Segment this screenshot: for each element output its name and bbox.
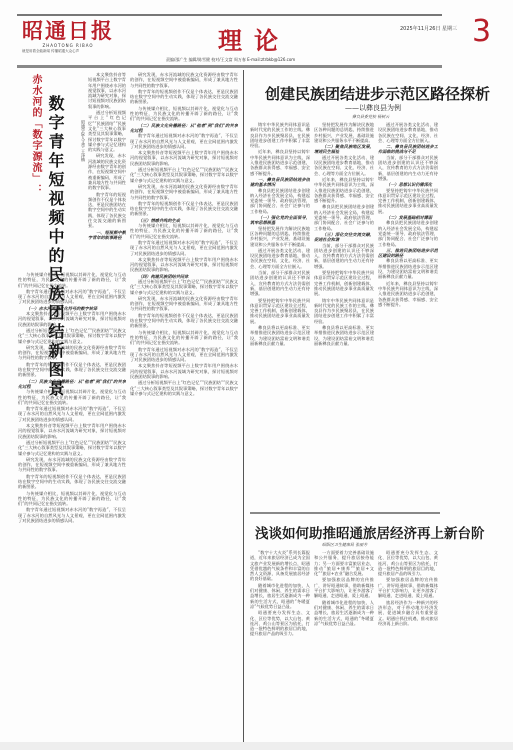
paragraph: 近年来，彝良县坚持以铸牢中华民族共同体意识为主线，深入推进民族团结进步示范创建，…	[378, 281, 438, 307]
paragraph: 昭通要充分发挥生态、文化、区位等优势，以大山包、黄连河、鸡公山等景区为依托，打造…	[378, 550, 438, 576]
paragraph: 数字青年通过短视频对赤水河的“数字再造”，不仅呈现了赤水河的自然风光与人文景观，…	[130, 133, 238, 149]
section-heading: （二）民族文化传播路径：从"他者"到"我们"的共享化过程	[18, 379, 126, 390]
paragraph: 随着城市化进程的加快，人们对健康、休闲、养生的需求日益增长，旅居生活逐渐成为一种…	[250, 583, 310, 609]
paragraph: 坚持把发展作为解决民族地区各种问题的总钥匙，持续推进乡村振兴，产业发展、基础设施…	[250, 226, 310, 247]
left-article-col3: 研究发现，赤水河流域的民族文化资源经由数字青年的创作，在短视频空间中被重新编码，…	[130, 72, 238, 740]
paragraph: 本文聚焦抖音等短视频平台上数字青年用户围绕赤水河的视觉叙事，以赤水河流域为研究对…	[130, 363, 238, 379]
paragraph: 数字青年通过短视频对赤水河的“数字再造”，不仅呈现了赤水河的自然风光与人文景观，…	[18, 406, 126, 422]
paragraph: 本文聚焦抖音等短视频平台上数字青年用户围绕赤水河的视觉叙事，以赤水河流域为研究对…	[88, 72, 126, 109]
right-top-col1: 铸牢中华民族共同体意识是新时代党的民族工作的主线。彝良县作为多民族聚居县，在民族…	[250, 122, 310, 502]
left-article-subtitle: 赤水河的「数字源流」：	[28, 74, 43, 195]
paragraph: 数字青年的短视频创作不仅是个体表达，更是民族团结在数字空间中的生动实践，体现了各…	[130, 313, 238, 329]
section-heading: （二）民族文化传播路径：从"他者"到"我们"的共享化过程	[130, 123, 238, 134]
paragraph: 近年来，彝良县坚持以铸牢中华民族共同体意识为主线，深入推进民族团结进步示范创建，…	[314, 177, 374, 203]
paragraph: 数字青年的短视频创作不仅是个体表达，更是民族团结在数字空间中的生动实践，体现了各…	[18, 474, 126, 490]
right-top-article-byline: 彝良县委党校 杨树云	[352, 114, 389, 120]
paragraph: 本文聚焦抖音等短视频平台上数字青年用户围绕赤水河的视觉叙事，以赤水河流域为研究对…	[18, 311, 126, 327]
section-heading: （二）聚焦民族地区发展，增进民生福祉	[314, 144, 374, 155]
paragraph: 研究发现，赤水河流域的民族文化资源经由数字青年的创作，在短视频空间中被重新编码，…	[18, 457, 126, 473]
paragraph: 研究发现，赤水河流域的民族文化资源经由数字青年的创作，在短视频空间中被重新编码，…	[130, 72, 238, 88]
paragraph: 数字青年的短视频创作不仅是个体表达，更是民族团结在数字空间中的生动实践，体现了各…	[130, 89, 238, 105]
section-heading: （一）强化党的全面领导，筑牢思想根基	[250, 215, 310, 226]
paragraph: 数字青年通过短视频对赤水河的“数字再造”，不仅呈现了赤水河的自然风光与人文景观，…	[18, 289, 126, 305]
paragraph: 数字青年的短视频创作不仅是个体表达，更是民族团结在数字空间中的生动实践，体现了各…	[18, 362, 126, 378]
paragraph: 坚持把发展作为解决民族地区各种问题的总钥匙，持续推进乡村振兴，产业发展、基础设施…	[314, 122, 374, 143]
paragraph: 昭通要充分发挥生态、文化、区位等优势，以大山包、黄连河、鸡公山等景区为依托，打造…	[250, 610, 310, 636]
paragraph: 研究发现，赤水河流域的民族文化资源经由数字青年的创作，在短视频空间中被重新编码，…	[130, 184, 238, 200]
paragraph: 与传统媒介相比，短视频以其碎片化、视觉化与互动性的特征，为民族文化的传播开辟了新…	[130, 330, 238, 346]
paragraph: 通过开展各类文化活动、建设民族团结进步教育基地，推动各民族在空间、文化、经济、社…	[314, 155, 374, 176]
paragraph: 本文聚焦抖音等短视频平台上数字青年用户围绕赤水河的视觉叙事，以赤水河流域为研究对…	[130, 257, 238, 273]
paragraph: 数字青年通过短视频对赤水河的“数字再造”，不仅呈现了赤水河的自然风光与人文景观，…	[130, 347, 238, 363]
paragraph: 通过分析短视频平台上“红色记忆”“民族团结”“民族文化”三大核心叙事类型及其叙事…	[130, 380, 238, 396]
masthead-slogan: 就是用着全能新闻 传播昭通大众心声	[22, 49, 114, 54]
paragraph: 数字青年通过短视频对赤水河的“数字再造”，不仅呈现了赤水河的自然风光与人文景观，…	[130, 240, 238, 256]
right-bottom-col3: 昭通要充分发挥生态、文化、区位等优势，以大山包、黄连河、鸡公山等景区为依托，打造…	[378, 550, 438, 710]
masthead-logo: 昭通日报	[22, 20, 114, 42]
section-heading: 三、推进民族团结进步示范区建设的路径	[378, 248, 438, 259]
left-article-byline: 昭通学院人文学 王泽楠	[80, 120, 86, 161]
paragraph: 彝良县把民族团结进步创建纳入经济社会发展全局，构建起党委统一领导、政府依法管理、…	[314, 204, 374, 230]
paragraph: 数字青年的短视频创作不仅是个体表达，更是民族团结在数字空间中的生动实践，体现了各…	[88, 192, 126, 229]
page-number: 3	[472, 14, 491, 49]
masthead: 昭通日报 ZHAOTONG RIBAO 就是用着全能新闻 传播昭通大众心声	[22, 20, 114, 54]
paragraph: 铸牢中华民族共同体意识是新时代党的民族工作的主线。彝良县作为多民族聚居县，在民族…	[314, 298, 374, 324]
paragraph: 要加强旅居品牌的宣传推广，讲好昭通故事，借助新媒体平台扩大影响力，让更多游客了解…	[314, 577, 374, 598]
issue-date: 2025年11月26日 星期三	[400, 25, 457, 32]
paragraph: 铸牢中华民族共同体意识是新时代党的民族工作的主线。彝良县作为多民族聚居县，在民族…	[250, 122, 310, 148]
paragraph: 研究发现，赤水河流域的民族文化资源经由数字青年的创作，在短视频空间中被重新编码，…	[130, 296, 238, 312]
paragraph: 彝良县将以更高标准、更实举措推进民族团结进步示范区建设，为建设团结富裕文明和谐美…	[314, 325, 374, 346]
right-bottom-article-byline: 昭阳区卫生健康局 张丽芳	[322, 542, 367, 548]
section-heading: 一、彝良县民族团结进步创建的基本情况	[250, 177, 310, 188]
section-heading: （三）深化交往交流交融，促进社会和谐	[314, 232, 374, 243]
right-top-article-subtitle: ——以彝良县为例	[345, 103, 401, 113]
section-heading: （一）思想认识仍需深化	[378, 182, 438, 187]
column-divider	[243, 70, 244, 742]
right-bottom-col2: 一方面要着力完善基础设施和公共服务，提升旅居接待能力；另一方面要丰富旅居业态，推…	[314, 550, 374, 740]
article-separator	[250, 512, 440, 514]
paragraph: 通过分析短视频平台上“红色记忆”“民族团结”“民族文化”三大核心叙事类型及其叙事…	[88, 110, 126, 152]
paragraph: 当前，部分干部群众对民族团结进步创建的认识还不够深入，宣传教育的方式方法仍需创新…	[314, 243, 374, 269]
section-heading: 一、短视频中数字青年的叙事路径	[88, 230, 126, 241]
paragraph: 数字青年通过短视频对赤水河的“数字再造”，不仅呈现了赤水河的自然风光与人文景观，…	[18, 507, 126, 523]
right-top-col2: 坚持把发展作为解决民族地区各种问题的总钥匙，持续推进乡村振兴，产业发展、基础设施…	[314, 122, 374, 502]
top-rule	[17, 14, 442, 16]
right-bottom-article-title: 浅谈如何助推昭通旅居经济再上新台阶	[255, 522, 485, 542]
paragraph: 与传统媒介相比，短视频以其碎片化、视觉化与互动性的特征，为民族文化的传播开辟了新…	[130, 223, 238, 239]
paragraph: 要坚持把铸牢中华民族共同体意识贯穿示范区建设全过程，完善工作机制，创新创建载体，…	[314, 270, 374, 296]
paragraph: 彝良县将以更高标准、更实举措推进民族团结进步示范区建设，为建设团结富裕文明和谐美…	[378, 258, 438, 279]
paragraph: 通过分析短视频平台上“红色记忆”“民族团结”“民族文化”三大核心叙事类型及其叙事…	[18, 440, 126, 456]
right-bottom-col1: “数字十大火炎”系列长篇报道，近年来旅居经济已成为全国文旅产业发展新的增长点，昭…	[250, 550, 310, 740]
section-title: 理论	[218, 21, 290, 56]
paragraph: 本文聚焦抖音等短视频平台上数字青年用户围绕赤水河的视觉叙事，以赤水河流域为研究对…	[130, 150, 238, 166]
section-heading: 二、彝良县民族团结进步工作面临的挑战与不足	[378, 144, 438, 155]
paragraph: 与传统媒介相比，短视频以其碎片化、视觉化与互动性的特征，为民族文化的传播开辟了新…	[18, 491, 126, 507]
paragraph: “数字十大火炎”系列长篇报道，近年来旅居经济已成为全国文旅产业发展新的增长点，昭…	[250, 550, 310, 582]
paragraph: 当前，部分干部群众对民族团结进步创建的认识还不够深入，宣传教育的方式方法仍需创新…	[378, 155, 438, 181]
paragraph: 研究发现，赤水河流域的民族文化资源经由数字青年的创作，在短视频空间中被重新编码，…	[18, 345, 126, 361]
left-article-col1: 本文聚焦抖音等短视频平台上数字青年用户围绕赤水河的视觉叙事，以赤水河流域为研究对…	[88, 72, 126, 272]
right-top-col3: 通过开展各类文化活动、建设民族团结进步教育基地，推动各民族在空间、文化、经济、社…	[378, 122, 438, 502]
paragraph: 随着城市化进程的加快，人们对健康、休闲、养生的需求日益增长，旅居生活逐渐成为一种…	[314, 600, 374, 626]
paragraph: 近年来，彝良县坚持以铸牢中华民族共同体意识为主线，深入推进民族团结进步示范创建，…	[250, 149, 310, 175]
left-article-col2: 与传统媒介相比，短视频以其碎片化、视觉化与互动性的特征，为民族文化的传播开辟了新…	[18, 272, 126, 740]
paragraph: 通过分析短视频平台上“红色记忆”“民族团结”“民族文化”三大核心叙事类型及其叙事…	[18, 328, 126, 344]
paragraph: 彝良县把民族团结进步创建纳入经济社会发展全局，构建起党委统一领导、政府依法管理、…	[378, 220, 438, 246]
paragraph: 彝良县把民族团结进步创建纳入经济社会发展全局，构建起党委统一领导、政府依法管理、…	[250, 188, 310, 214]
paragraph: 当前，部分干部群众对民族团结进步创建的认识还不够深入，宣传教育的方式方法仍需创新…	[250, 270, 310, 296]
paragraph: 通过开展各类文化活动、建设民族团结进步教育基地，推动各民族在空间、文化、经济、社…	[378, 122, 438, 143]
page-bottom-margin	[0, 742, 513, 750]
header-rule	[17, 65, 442, 68]
paragraph: 要坚持把铸牢中华民族共同体意识贯穿示范区建设全过程，完善工作机制，创新创建载体，…	[378, 188, 438, 214]
paragraph: 一方面要着力完善基础设施和公共服务，提升旅居接待能力；另一方面要丰富旅居业态，推…	[314, 550, 374, 576]
paragraph: 与传统媒介相比，短视频以其碎片化、视觉化与互动性的特征，为民族文化的传播开辟了新…	[18, 389, 126, 405]
paragraph: 与传统媒介相比，短视频以其碎片化、视觉化与互动性的特征，为民族文化的传播开辟了新…	[18, 272, 126, 288]
paragraph: 旅居经济作为一种新兴的经济形态，对于带动地方经济发展、促进城乡融合具有重要意义。…	[378, 600, 438, 626]
paragraph: 本文聚焦抖音等短视频平台上数字青年用户围绕赤水河的视觉叙事，以赤水河流域为研究对…	[18, 423, 126, 439]
paragraph: 通过开展各类文化活动、建设民族团结进步教育基地，推动各民族在空间、文化、经济、社…	[250, 248, 310, 269]
editor-credits: 责编/邵广生 编辑/陈雪健 校对/王文富 周万春 E-mail:ztrbkb@1…	[166, 57, 295, 63]
paragraph: 要坚持把铸牢中华民族共同体意识贯穿示范区建设全过程，完善工作机制，创新创建载体，…	[250, 298, 310, 324]
paragraph: 彝良县将以更高标准、更实举措推进民族团结进步示范区建设，为建设团结富裕文明和谐美…	[250, 325, 310, 346]
paragraph: 与传统媒介相比，短视频以其碎片化、视觉化与互动性的特征，为民族文化的传播开辟了新…	[130, 106, 238, 122]
masthead-pinyin: ZHAOTONG RIBAO	[22, 43, 114, 48]
paragraph: 通过分析短视频平台上“红色记忆”“民族团结”“民族文化”三大核心叙事类型及其叙事…	[130, 167, 238, 183]
right-top-article-title: 创建民族团结进步示范区路径探析	[265, 83, 490, 104]
paragraph: 研究发现，赤水河流域的民族文化资源经由数字青年的创作，在短视频空间中被重新编码，…	[88, 153, 126, 190]
newspaper-page: 昭通日报 ZHAOTONG RIBAO 就是用着全能新闻 传播昭通大众心声 理论…	[0, 0, 513, 750]
paragraph: 通过分析短视频平台上“红色记忆”“民族团结”“民族文化”三大核心叙事类型及其叙事…	[130, 279, 238, 295]
paragraph: 要加强旅居品牌的宣传推广，讲好昭通故事，借助新媒体平台扩大影响力，让更多游客了解…	[378, 577, 438, 598]
paragraph: 数字青年的短视频创作不仅是个体表达，更是民族团结在数字空间中的生动实践，体现了各…	[130, 201, 238, 217]
